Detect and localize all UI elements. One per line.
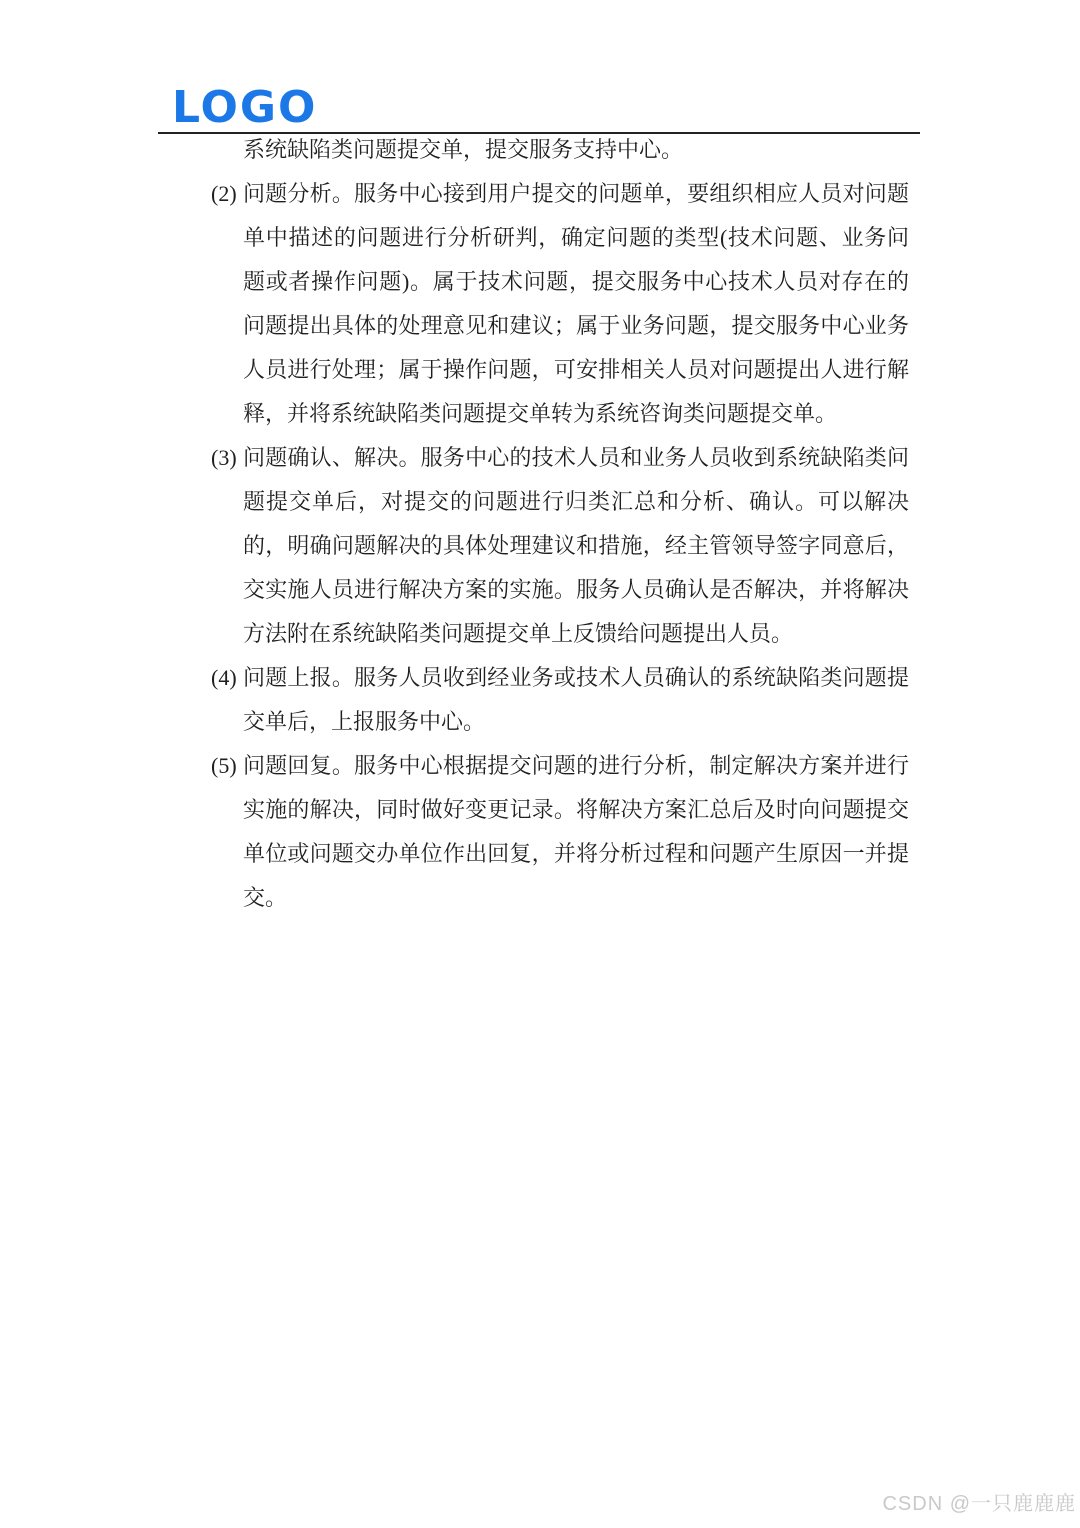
list-item: (4) 问题上报。服务人员收到经业务或技术人员确认的系统缺陷类问题提交单后，上报… — [211, 656, 909, 744]
item-text: 问题回复。服务中心根据提交问题的进行分析，制定解决方案并进行实施的解决，同时做好… — [243, 753, 909, 910]
list-item: (2) 问题分析。服务中心接到用户提交的问题单，要组织相应人员对问题单中描述的问… — [211, 172, 909, 436]
item-text: 问题确认、解决。服务中心的技术人员和业务人员收到系统缺陷类问题提交单后，对提交的… — [243, 445, 909, 646]
item-number: (2) — [211, 172, 237, 216]
list-item: (5) 问题回复。服务中心根据提交问题的进行分析，制定解决方案并进行实施的解决，… — [211, 744, 909, 920]
item-number: (5) — [211, 744, 237, 788]
intro-line: 系统缺陷类问题提交单，提交服务支持中心。 — [243, 128, 909, 172]
document-body: 系统缺陷类问题提交单，提交服务支持中心。 (2) 问题分析。服务中心接到用户提交… — [211, 128, 909, 920]
document-page: LOGO 系统缺陷类问题提交单，提交服务支持中心。 (2) 问题分析。服务中心接… — [0, 0, 1080, 1528]
list-item: (3) 问题确认、解决。服务中心的技术人员和业务人员收到系统缺陷类问题提交单后，… — [211, 436, 909, 656]
item-number: (4) — [211, 656, 237, 700]
item-text: 问题上报。服务人员收到经业务或技术人员确认的系统缺陷类问题提交单后，上报服务中心… — [243, 665, 909, 734]
item-text: 问题分析。服务中心接到用户提交的问题单，要组织相应人员对问题单中描述的问题进行分… — [243, 181, 909, 426]
item-number: (3) — [211, 436, 237, 480]
logo-text: LOGO — [172, 84, 317, 132]
watermark: CSDN @一只鹿鹿鹿 — [882, 1492, 1076, 1516]
